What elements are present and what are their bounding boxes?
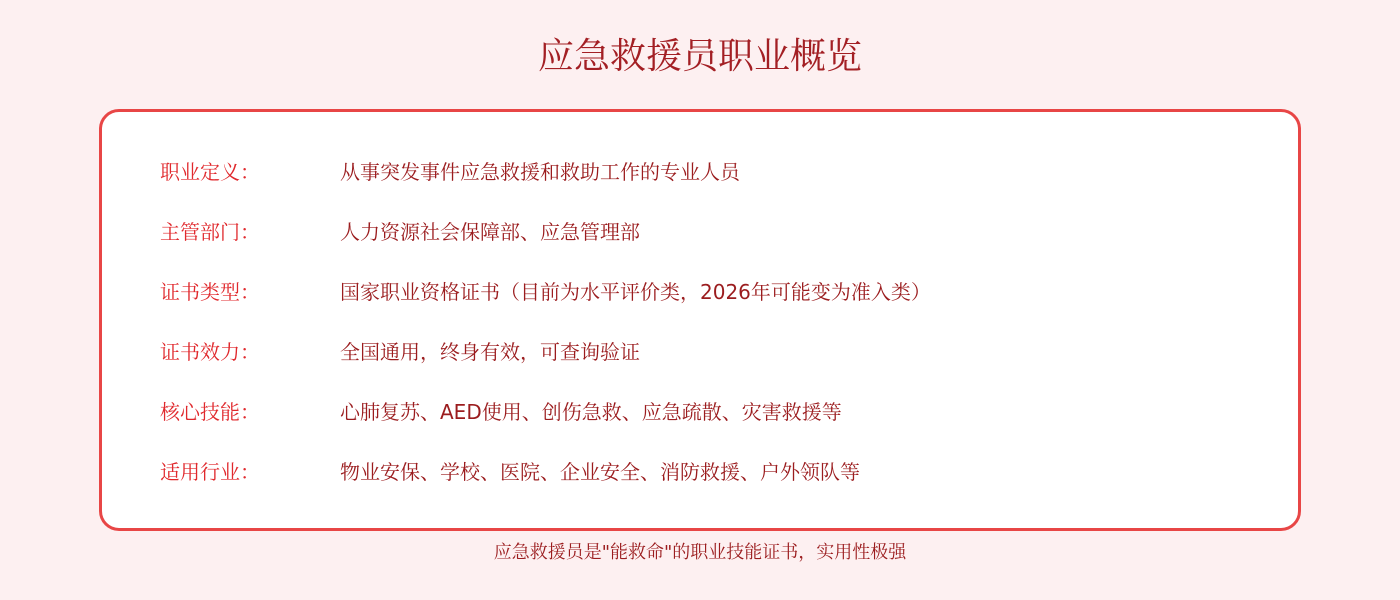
page-title: 应急救援员职业概览 [0, 34, 1400, 80]
row-label: 证书效力： [160, 337, 340, 367]
row-certificate-validity: 证书效力： 全国通用，终身有效，可查询验证 [160, 337, 640, 367]
row-label: 主管部门： [160, 217, 340, 247]
row-label: 职业定义： [160, 157, 340, 187]
row-core-skills: 核心技能： 心肺复苏、AED使用、创伤急救、应急疏散、灾害救援等 [160, 397, 842, 427]
row-value: 人力资源社会保障部、应急管理部 [340, 217, 640, 247]
row-authority: 主管部门： 人力资源社会保障部、应急管理部 [160, 217, 640, 247]
footer-note: 应急救援员是"能救命"的职业技能证书，实用性极强 [0, 540, 1400, 566]
row-label: 证书类型： [160, 277, 340, 307]
overview-card: 职业定义： 从事突发事件应急救援和救助工作的专业人员 主管部门： 人力资源社会保… [99, 109, 1301, 531]
row-label: 核心技能： [160, 397, 340, 427]
row-certificate-type: 证书类型： 国家职业资格证书（目前为水平评价类，2026年可能变为准入类） [160, 277, 931, 307]
row-value: 从事突发事件应急救援和救助工作的专业人员 [340, 157, 740, 187]
row-label: 适用行业： [160, 457, 340, 487]
row-value: 心肺复苏、AED使用、创伤急救、应急疏散、灾害救援等 [340, 397, 842, 427]
row-value: 物业安保、学校、医院、企业安全、消防救援、户外领队等 [340, 457, 860, 487]
row-value: 全国通用，终身有效，可查询验证 [340, 337, 640, 367]
row-industries: 适用行业： 物业安保、学校、医院、企业安全、消防救援、户外领队等 [160, 457, 860, 487]
row-definition: 职业定义： 从事突发事件应急救援和救助工作的专业人员 [160, 157, 740, 187]
row-value: 国家职业资格证书（目前为水平评价类，2026年可能变为准入类） [340, 277, 931, 307]
